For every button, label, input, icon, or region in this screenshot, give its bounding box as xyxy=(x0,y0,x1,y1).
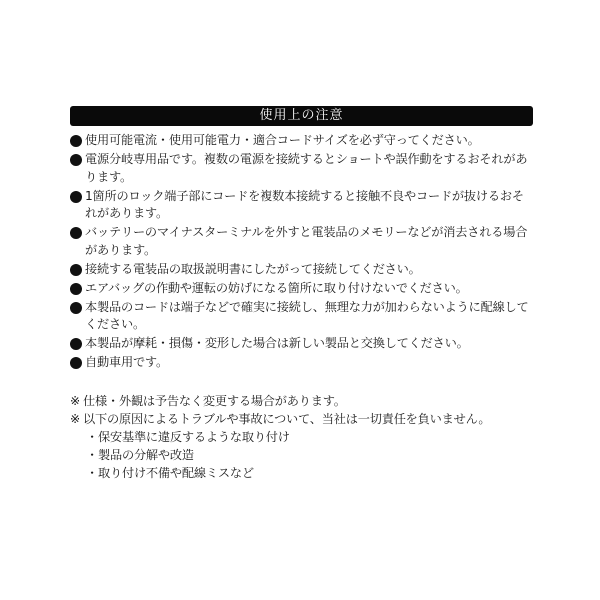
caution-text: 使用可能電流・使用可能電力・適合コードサイズを必ず守ってください。 xyxy=(85,133,480,147)
reference-mark-icon: ※ xyxy=(70,392,83,410)
caution-item: 使用可能電流・使用可能電力・適合コードサイズを必ず守ってください。 xyxy=(70,132,533,150)
bullet-icon xyxy=(70,154,82,166)
caution-text: 自動車用です。 xyxy=(85,355,168,369)
usage-caution-notice: 使用上の注意 使用可能電流・使用可能電力・適合コードサイズを必ず守ってください。… xyxy=(70,106,533,482)
bullet-icon xyxy=(70,264,82,276)
bullet-icon xyxy=(70,338,82,350)
caution-item: 本製品のコードは端子などで確実に接続し、無理な力が加わらないように配線してくださ… xyxy=(70,299,533,334)
bullet-icon xyxy=(70,283,82,295)
caution-text: バッテリーのマイナスターミナルを外すと電装品のメモリーなどが消去される場合があり… xyxy=(85,225,527,257)
caution-item: 電源分岐専用品です。複数の電源を接続するとショートや誤作動をするおそれがあります… xyxy=(70,151,533,186)
cause-item: ・保安基準に違反するような取り付け xyxy=(86,428,533,446)
note-item: ※以下の原因によるトラブルや事故について、当社は一切責任を負いません。 xyxy=(70,410,533,428)
cause-item: ・製品の分解や改造 xyxy=(86,446,533,464)
section-header: 使用上の注意 xyxy=(70,106,533,126)
caution-text: エアバッグの作動や運転の妨げになる箇所に取り付けないでください。 xyxy=(85,281,468,295)
caution-item: バッテリーのマイナスターミナルを外すと電装品のメモリーなどが消去される場合があり… xyxy=(70,224,533,259)
bullet-icon xyxy=(70,135,82,147)
note-item: ※仕様・外観は予告なく変更する場合があります。 xyxy=(70,392,533,410)
disclaimer-notes: ※仕様・外観は予告なく変更する場合があります。 ※以下の原因によるトラブルや事故… xyxy=(70,392,533,482)
caution-item: エアバッグの作動や運転の妨げになる箇所に取り付けないでください。 xyxy=(70,280,533,298)
bullet-icon xyxy=(70,357,82,369)
bullet-icon xyxy=(70,302,82,314)
caution-text: 本製品が摩耗・損傷・変形した場合は新しい製品と交換してください。 xyxy=(85,336,469,350)
caution-item: 1箇所のロック端子部にコードを複数本接続すると接触不良やコードが抜けるおそれがあ… xyxy=(70,188,533,223)
note-text: 以下の原因によるトラブルや事故について、当社は一切責任を負いません。 xyxy=(83,412,490,426)
disclaimer-cause-list: ・保安基準に違反するような取り付け ・製品の分解や改造 ・取り付け不備や配線ミス… xyxy=(70,428,533,482)
reference-mark-icon: ※ xyxy=(70,410,83,428)
caution-text: 本製品のコードは端子などで確実に接続し、無理な力が加わらないように配線してくださ… xyxy=(85,300,529,332)
caution-item: 自動車用です。 xyxy=(70,354,533,372)
bullet-icon xyxy=(70,191,82,203)
caution-text: 接続する電装品の取扱説明書にしたがって接続してください。 xyxy=(85,262,421,276)
caution-text: 1箇所のロック端子部にコードを複数本接続すると接触不良やコードが抜けるおそれがあ… xyxy=(85,189,524,221)
caution-text: 電源分岐専用品です。複数の電源を接続するとショートや誤作動をするおそれがあります… xyxy=(85,152,527,184)
note-text: 仕様・外観は予告なく変更する場合があります。 xyxy=(83,394,346,408)
bullet-icon xyxy=(70,227,82,239)
caution-item: 接続する電装品の取扱説明書にしたがって接続してください。 xyxy=(70,261,533,279)
section-title: 使用上の注意 xyxy=(259,108,343,123)
caution-list: 使用可能電流・使用可能電力・適合コードサイズを必ず守ってください。 電源分岐専用… xyxy=(70,132,533,372)
cause-item: ・取り付け不備や配線ミスなど xyxy=(86,464,533,482)
caution-item: 本製品が摩耗・損傷・変形した場合は新しい製品と交換してください。 xyxy=(70,335,533,353)
